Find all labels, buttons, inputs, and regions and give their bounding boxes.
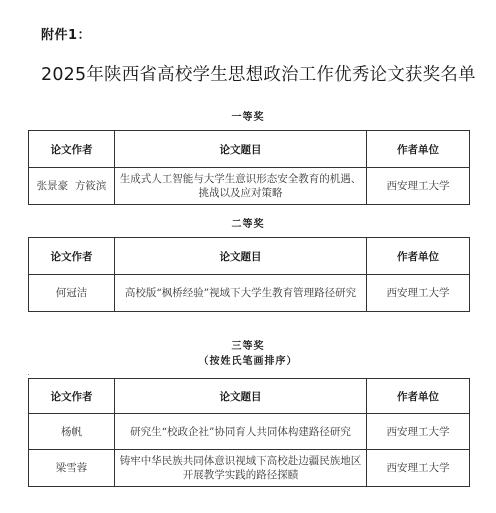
table-row: 何冠洁 高校版“枫桥经验”视域下大学生教育管理路径研究 西安理工大学 <box>29 275 470 312</box>
cell-title: 铸牢中华民族共同体意识视域下高校赴边疆民族地区开展教学实践的路径探赜 <box>115 450 367 487</box>
cell-title: 生成式人工智能与大学生意识形态安全教育的机遇、挑战以及应对策略 <box>115 168 367 205</box>
column-header-author: 论文作者 <box>29 238 115 275</box>
cell-author: 何冠洁 <box>29 275 115 312</box>
second-prize-table: 论文作者 论文题目 作者单位 何冠洁 高校版“枫桥经验”视域下大学生教育管理路径… <box>28 237 470 312</box>
section-heading-first-prize: 一等奖 <box>0 108 496 123</box>
table-header-row: 论文作者 论文题目 作者单位 <box>29 238 470 275</box>
table-header-row: 论文作者 论文题目 作者单位 <box>29 379 470 414</box>
column-header-title: 论文题目 <box>115 379 367 414</box>
column-header-unit: 作者单位 <box>367 379 470 414</box>
table-row: 张景豪 方筱滨 生成式人工智能与大学生意识形态安全教育的机遇、挑战以及应对策略 … <box>29 168 470 205</box>
column-header-title: 论文题目 <box>115 131 367 168</box>
cell-title: 研究生“校政企社”协同育人共同体构建路径研究 <box>115 414 367 450</box>
column-header-author: 论文作者 <box>29 379 115 414</box>
table-row: 杨帆 研究生“校政企社”协同育人共同体构建路径研究 西安理工大学 <box>29 414 470 450</box>
column-header-unit: 作者单位 <box>367 238 470 275</box>
cell-unit: 西安理工大学 <box>367 450 470 487</box>
cell-unit: 西安理工大学 <box>367 275 470 312</box>
section-heading-third-prize: 三等奖 <box>0 337 496 352</box>
column-header-author: 论文作者 <box>29 131 115 168</box>
table-row: 梁雪蓉 铸牢中华民族共同体意识视域下高校赴边疆民族地区开展教学实践的路径探赜 西… <box>29 450 470 487</box>
cell-title: 高校版“枫桥经验”视域下大学生教育管理路径研究 <box>115 275 367 312</box>
cell-author: 张景豪 方筱滨 <box>29 168 115 205</box>
attachment-label: 附件1： <box>41 24 91 43</box>
first-prize-table: 论文作者 论文题目 作者单位 张景豪 方筱滨 生成式人工智能与大学生意识形态安全… <box>28 130 470 205</box>
cell-unit: 西安理工大学 <box>367 414 470 450</box>
third-prize-table: 论文作者 论文题目 作者单位 杨帆 研究生“校政企社”协同育人共同体构建路径研究… <box>28 378 470 487</box>
cell-author: 杨帆 <box>29 414 115 450</box>
column-header-unit: 作者单位 <box>367 131 470 168</box>
section-subheading-sort-note: （按姓氏笔画排序） <box>0 352 496 367</box>
stray-mark <box>28 374 29 375</box>
cell-author: 梁雪蓉 <box>29 450 115 487</box>
column-header-title: 论文题目 <box>115 238 367 275</box>
document-title: 2025年陕西省高校学生思想政治工作优秀论文获奖名单 <box>41 61 476 86</box>
section-heading-second-prize: 二等奖 <box>0 215 496 230</box>
table-header-row: 论文作者 论文题目 作者单位 <box>29 131 470 168</box>
cell-unit: 西安理工大学 <box>367 168 470 205</box>
